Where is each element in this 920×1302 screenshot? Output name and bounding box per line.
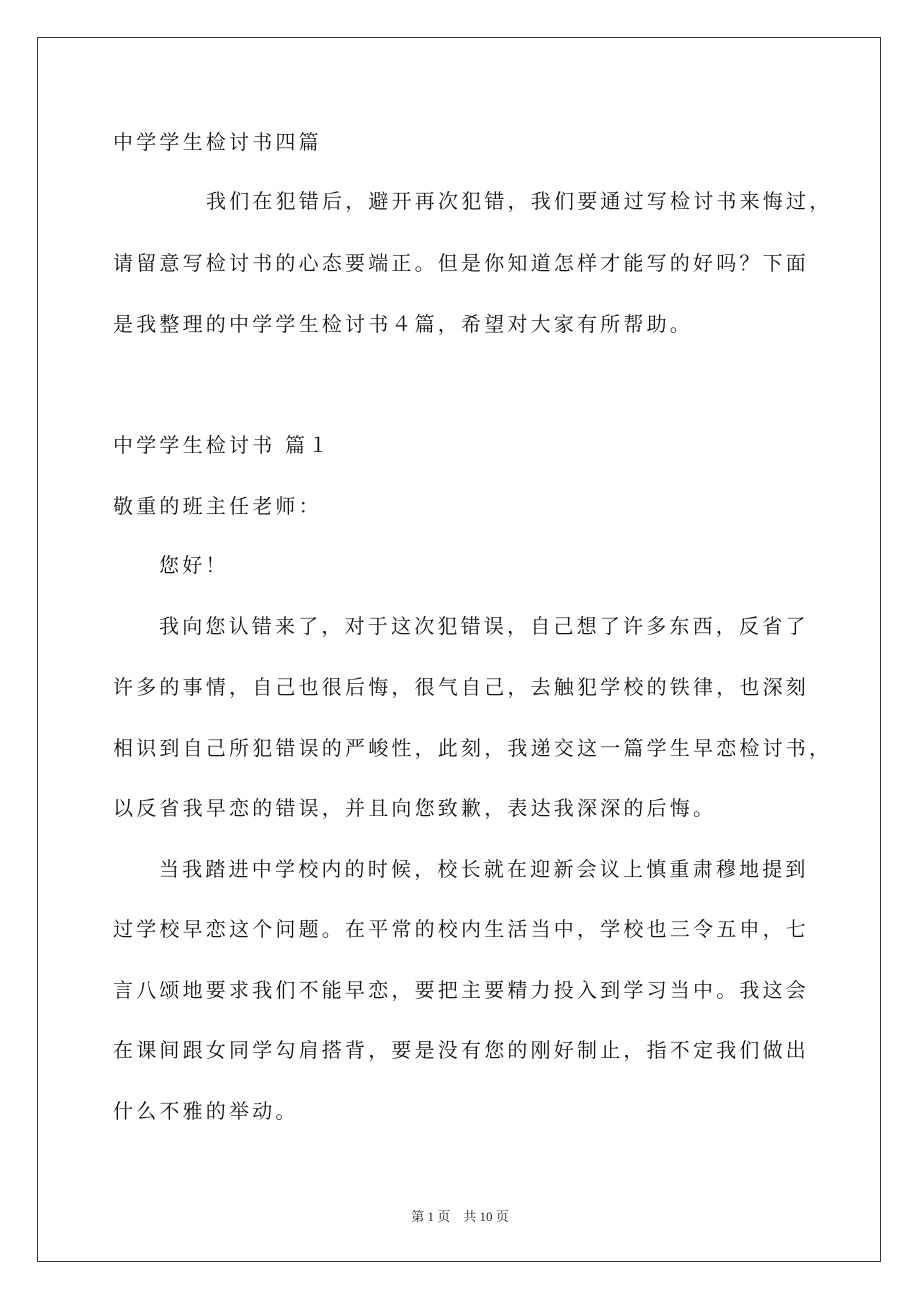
paragraph-line: 我向您认错来了，对于这次犯错误，自己想了许多东西，反省了 — [159, 614, 809, 638]
paragraph-line: 以反省我早恋的错误，并且向您致歉，表达我深深的后悔。 — [113, 796, 716, 820]
paragraph-line: 当我踏进中学校内的时候，校长就在迎新会议上慎重肃穆地提到 — [159, 857, 809, 881]
paragraph-line: 过学校早恋这个问题。在平常的校内生活当中，学校也三令五申，七 — [113, 917, 809, 941]
intro-line: 我们在犯错后，避开再次犯错，我们要通过写检讨书来悔过， — [206, 189, 832, 213]
page-indicator: 第 1 页 共 10 页 — [0, 1206, 920, 1225]
paragraph-line: 在课间跟女同学勾肩搭背，要是没有您的刚好制止，指不定我们做出 — [113, 1038, 809, 1062]
page-border — [37, 37, 881, 1262]
section-heading: 中学学生检讨书 篇１ — [113, 433, 331, 457]
salutation: 敬重的班主任老师： — [113, 494, 322, 518]
document-title: 中学学生检讨书四篇 — [113, 130, 322, 154]
paragraph-line: 相识到自己所犯错误的严峻性，此刻，我递交这一篇学生早恋检讨书， — [113, 736, 832, 760]
intro-line: 请留意写检讨书的心态要端正。但是你知道怎样才能写的好吗？下面 — [113, 251, 809, 275]
paragraph-line: 什么不雅的举动。 — [113, 1099, 299, 1123]
greeting: 您好！ — [159, 553, 229, 577]
paragraph-line: 许多的事情，自己也很后悔，很气自己，去触犯学校的铁律，也深刻 — [113, 675, 809, 699]
paragraph-line: 言八颂地要求我们不能早恋，要把主要精力投入到学习当中。我这会 — [113, 978, 809, 1002]
intro-line: 是我整理的中学学生检讨书４篇，希望对大家有所帮助。 — [113, 312, 693, 336]
